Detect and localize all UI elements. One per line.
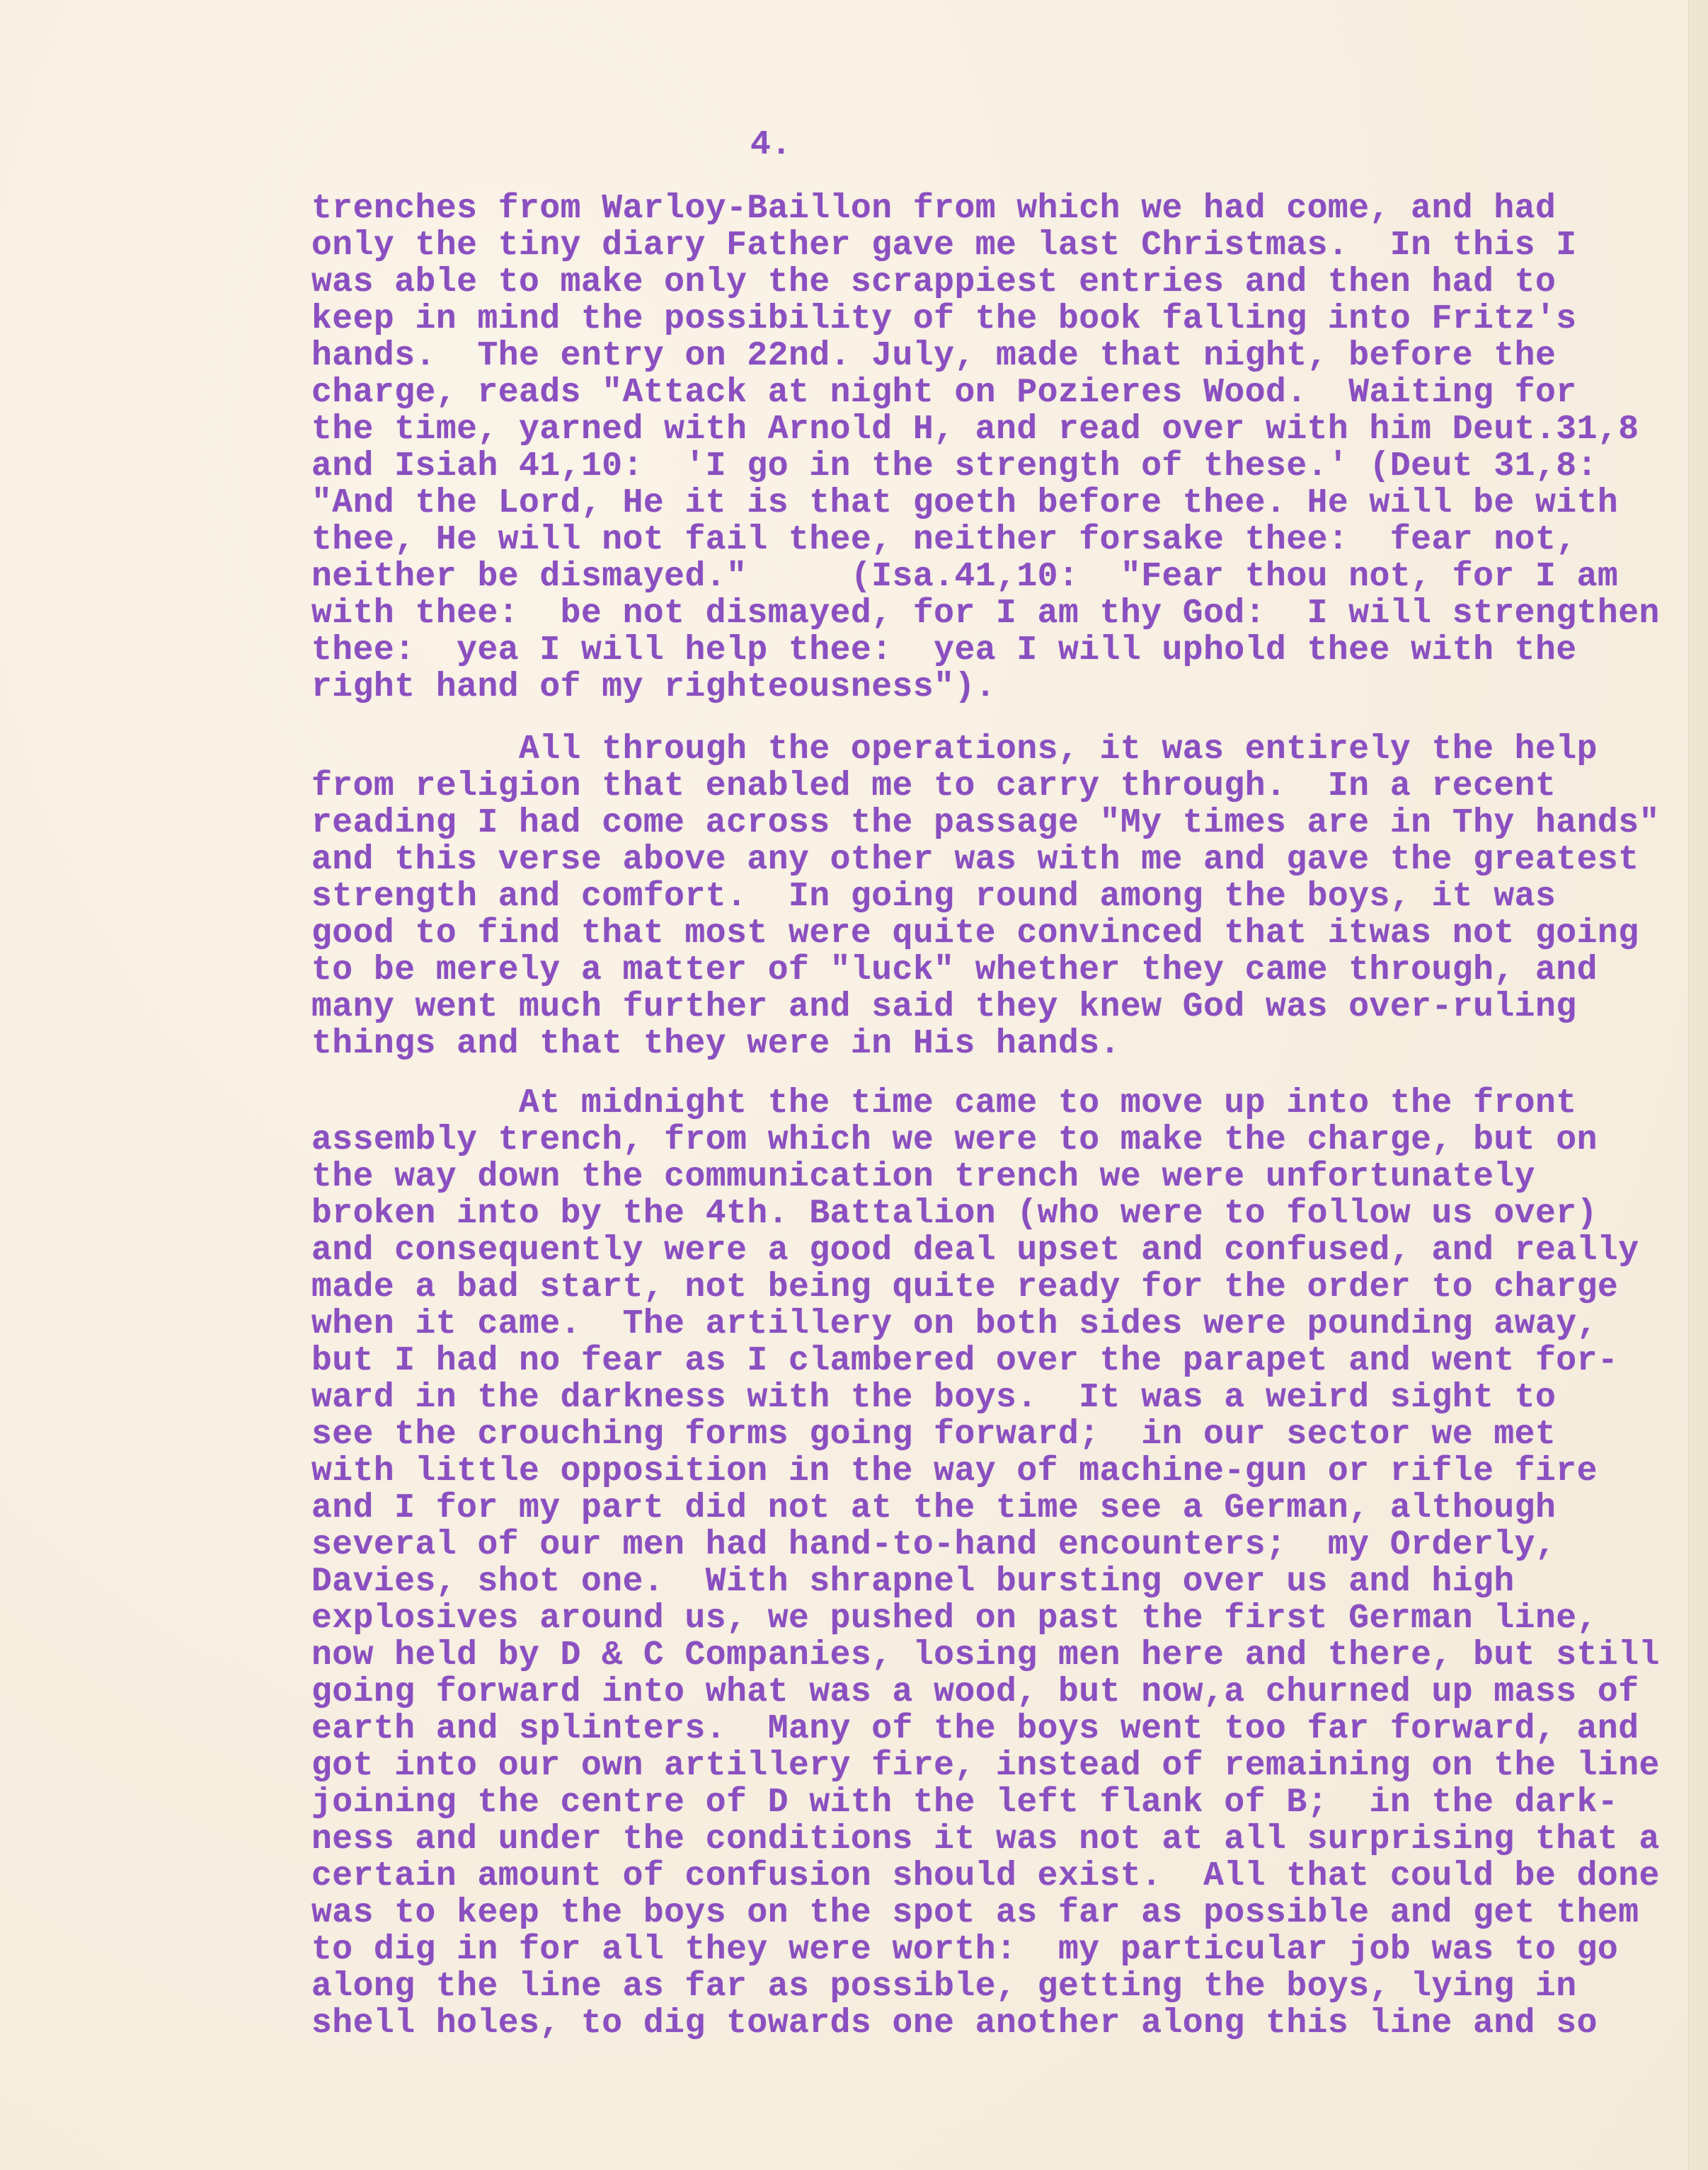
text-line: earth and splinters. Many of the boys we… xyxy=(311,1710,1639,1748)
text-line: and I for my part did not at the time se… xyxy=(311,1489,1556,1527)
text-line: to dig in for all they were worth: my pa… xyxy=(311,1931,1618,1969)
text-line: things and that they were in His hands. xyxy=(311,1025,1120,1063)
text-line: Davies, shot one. With shrapnel bursting… xyxy=(311,1563,1515,1601)
text-line: right hand of my righteousness"). xyxy=(311,668,996,706)
text-line: along the line as far as possible, getti… xyxy=(311,1968,1577,2006)
text-line: made a bad start, not being quite ready … xyxy=(311,1268,1618,1307)
text-line: strength and comfort. In going round amo… xyxy=(311,878,1556,916)
text-line: with thee: be not dismayed, for I am thy… xyxy=(311,595,1660,633)
text-line: got into our own artillery fire, instead… xyxy=(311,1747,1660,1785)
page-edge xyxy=(1688,0,1708,2170)
text-line: and consequently were a good deal upset … xyxy=(311,1232,1639,1270)
text-line: was able to make only the scrappiest ent… xyxy=(311,263,1556,302)
text-line: see the crouching forms going forward; i… xyxy=(311,1416,1556,1454)
text-line: now held by D & C Companies, losing men … xyxy=(311,1636,1660,1675)
text-line: thee: yea I will help thee: yea I will u… xyxy=(311,631,1577,670)
text-line: was to keep the boys on the spot as far … xyxy=(311,1894,1639,1932)
text-line: explosives around us, we pushed on past … xyxy=(311,1600,1598,1638)
text-line: broken into by the 4th. Battalion (who w… xyxy=(311,1195,1598,1233)
text-line: from religion that enabled me to carry t… xyxy=(311,767,1556,805)
text-line: thee, He will not fail thee, neither for… xyxy=(311,521,1577,559)
text-line: many went much further and said they kne… xyxy=(311,988,1577,1026)
text-line: charge, reads "Attack at night on Pozier… xyxy=(311,374,1577,412)
text-line: ward in the darkness with the boys. It w… xyxy=(311,1379,1556,1417)
text-line: joining the centre of D with the left fl… xyxy=(311,1784,1618,1822)
text-line: to be merely a matter of "luck" whether … xyxy=(311,951,1598,989)
text-line: trenches from Warloy-Baillon from which … xyxy=(311,190,1556,228)
text-line: ness and under the conditions it was not… xyxy=(311,1820,1660,1859)
text-line: going forward into what was a wood, but … xyxy=(311,1673,1639,1711)
text-line: the time, yarned with Arnold H, and read… xyxy=(311,411,1639,449)
text-line: All through the operations, it was entir… xyxy=(311,730,1598,769)
text-line: several of our men had hand-to-hand enco… xyxy=(311,1526,1556,1564)
text-line: shell holes, to dig towards one another … xyxy=(311,2004,1598,2043)
page-number: 4. xyxy=(750,126,792,164)
text-line: with little opposition in the way of mac… xyxy=(311,1452,1598,1491)
text-line: "And the Lord, He it is that goeth befor… xyxy=(311,484,1618,522)
text-line: reading I had come across the passage "M… xyxy=(311,804,1660,842)
text-line: At midnight the time came to move up int… xyxy=(311,1084,1577,1123)
text-line: certain amount of confusion should exist… xyxy=(311,1857,1660,1895)
text-line: when it came. The artillery on both side… xyxy=(311,1305,1598,1343)
text-line: assembly trench, from which we were to m… xyxy=(311,1121,1598,1159)
text-line: and Isiah 41,10: 'I go in the strength o… xyxy=(311,447,1598,486)
text-line: hands. The entry on 22nd. July, made tha… xyxy=(311,337,1556,375)
text-line: neither be dismayed." (Isa.41,10: "Fear … xyxy=(311,558,1618,596)
text-line: the way down the communication trench we… xyxy=(311,1158,1535,1196)
text-line: and this verse above any other was with … xyxy=(311,841,1639,879)
text-line: only the tiny diary Father gave me last … xyxy=(311,226,1577,265)
text-line: but I had no fear as I clambered over th… xyxy=(311,1342,1618,1380)
text-line: keep in mind the possibility of the book… xyxy=(311,300,1577,338)
text-line: good to find that most were quite convin… xyxy=(311,914,1639,953)
